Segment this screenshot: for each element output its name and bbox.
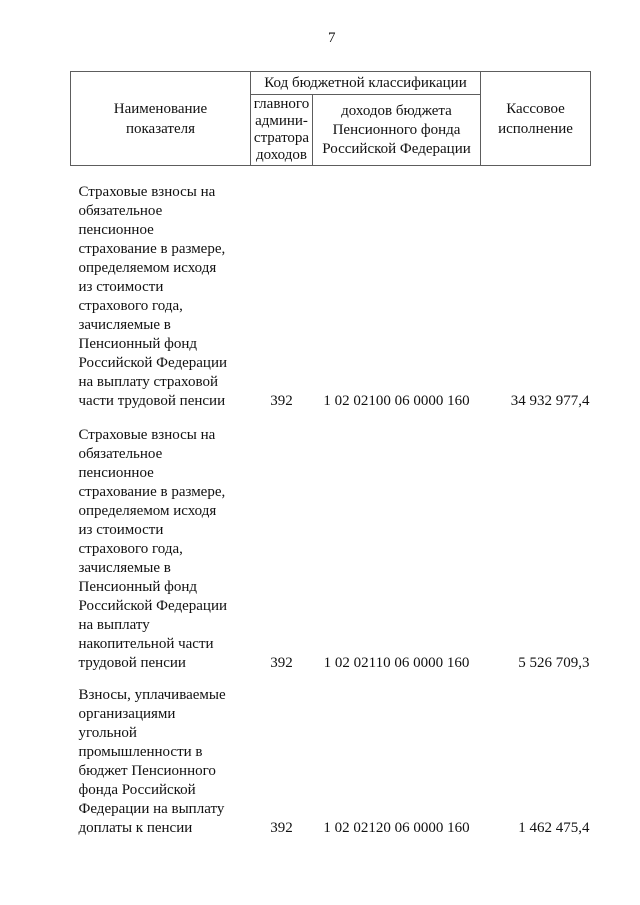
table-row: Страховые взносы на обязательное пенсион…	[71, 411, 591, 673]
row-indicator-name: Страховые взносы на обязательное пенсион…	[71, 166, 251, 412]
row-cash-execution: 1 462 475,4	[481, 673, 591, 838]
table-body: Страховые взносы на обязательное пенсион…	[71, 166, 591, 839]
row-indicator-name: Взносы, уплачиваемые организациями уголь…	[71, 673, 251, 838]
row-budget-code: 1 02 02120 06 0000 160	[313, 673, 481, 838]
row-admin-code: 392	[251, 411, 313, 673]
page-number: 7	[328, 28, 336, 48]
row-cash-execution: 34 932 977,4	[481, 166, 591, 412]
table-row: Взносы, уплачиваемые организациями уголь…	[71, 673, 591, 838]
table-row: Страховые взносы на обязательное пенсион…	[71, 166, 591, 412]
row-indicator-name: Страховые взносы на обязательное пенсион…	[71, 411, 251, 673]
header-admin-code-column: главного админи- стратора доходов	[251, 95, 313, 166]
header-income-code-column: доходов бюджета Пенсионного фонда Россий…	[313, 95, 481, 166]
header-cash-execution-column: Кассовое исполнение	[481, 72, 591, 166]
header-budget-code-span: Код бюджетной классификации	[251, 72, 481, 95]
row-admin-code: 392	[251, 673, 313, 838]
document-page: 7 Наименование показателя Код бюджетной …	[0, 0, 640, 905]
row-budget-code: 1 02 02110 06 0000 160	[313, 411, 481, 673]
row-budget-code: 1 02 02100 06 0000 160	[313, 166, 481, 412]
row-admin-code: 392	[251, 166, 313, 412]
budget-classification-table: Наименование показателя Код бюджетной кл…	[70, 71, 591, 838]
header-name-column: Наименование показателя	[71, 72, 251, 166]
row-cash-execution: 5 526 709,3	[481, 411, 591, 673]
table-header: Наименование показателя Код бюджетной кл…	[71, 72, 591, 166]
